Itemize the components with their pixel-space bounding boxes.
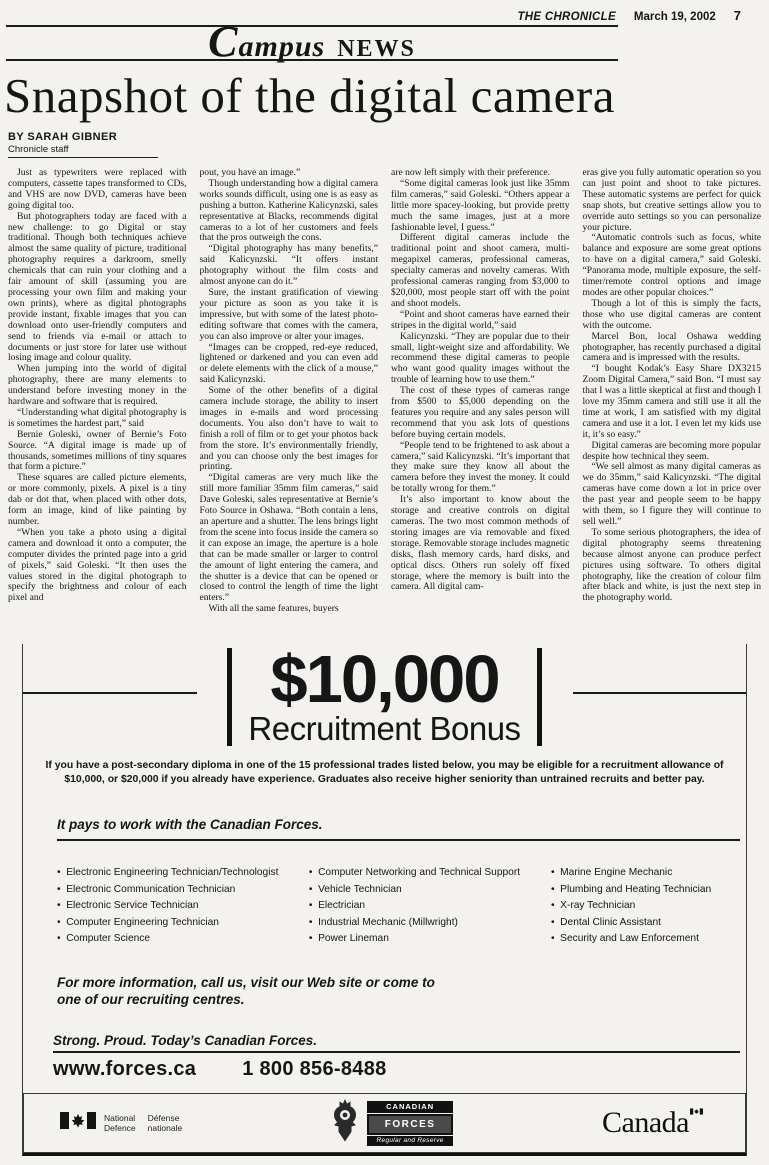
trades-column-2: Computer Networking and Technical Suppor… (309, 865, 543, 948)
recruitment-ad: $10,000 Recruitment Bonus If you have a … (22, 644, 747, 1156)
ad-phone: 1 800 856-8488 (242, 1058, 386, 1081)
article-paragraph: But photographers today are faced with a… (8, 212, 187, 365)
article-paragraph: Some of the other benefits of a digital … (200, 386, 379, 473)
trades-column-1: Electronic Engineering Technician/Techno… (57, 865, 301, 948)
trade-item: Plumbing and Heating Technician (551, 882, 746, 899)
canadian-forces-signature: CANADIAN FORCES Regular and Reserve (331, 1099, 453, 1148)
fip-text: National Défense Defence nationale (104, 1114, 182, 1133)
article-paragraph: Though understanding how a digital camer… (200, 179, 379, 244)
article-paragraph: Digital cameras are becoming more popula… (583, 441, 762, 463)
trade-item: Electronic Engineering Technician/Techno… (57, 865, 301, 882)
trade-item: Electronic Communication Technician (57, 882, 301, 899)
forces-badge-bottom: Regular and Reserve (367, 1136, 453, 1146)
ad-headline-block: $10,000 Recruitment Bonus (23, 644, 746, 746)
trade-item: Electronic Service Technician (57, 898, 301, 915)
trade-item: Vehicle Technician (309, 882, 543, 899)
article-paragraph: “People tend to be frightened to ask abo… (391, 441, 570, 496)
ad-rule-left (23, 692, 197, 694)
section-banner: Campus NEWS (6, 25, 618, 61)
masthead-title: THE CHRONICLE (517, 11, 615, 23)
forces-crest-icon (331, 1099, 359, 1148)
ad-bottom-rule (23, 1153, 746, 1156)
article-paragraph: “Point and shoot cameras have earned the… (391, 310, 570, 332)
ad-slogan: Strong. Proud. Today’s Canadian Forces. (53, 1033, 740, 1053)
ad-info-text: For more information, call us, visit our… (57, 974, 457, 1008)
article-paragraph: Just as typewriters were replaced with c… (8, 168, 187, 212)
article-paragraph: Kalicynzski. “They are popular due to th… (391, 332, 570, 387)
trades-column-3: Marine Engine MechanicPlumbing and Heati… (551, 865, 746, 948)
trade-item: Dental Clinic Assistant (551, 915, 746, 932)
ad-headline-text: $10,000 Recruitment Bonus (248, 648, 520, 746)
canada-wordmark-flag-icon (690, 1108, 703, 1115)
byline-role: Chronicle staff (8, 143, 158, 158)
trade-item: Electrician (309, 898, 543, 915)
article-paragraph: To some serious photographers, the idea … (583, 528, 762, 604)
fip-fr1: Défense (148, 1114, 183, 1123)
ad-bonus-amount: $10,000 (248, 648, 520, 712)
article-paragraph: “Digital photography has many benefits,”… (200, 244, 379, 288)
section-subtitle: NEWS (337, 36, 416, 62)
article-paragraph: It’s also important to know about the st… (391, 495, 570, 593)
trades-list: Electronic Engineering Technician/Techno… (57, 865, 746, 948)
ad-rule-right (573, 692, 747, 694)
article-paragraph: Though a lot of this is simply the facts… (583, 299, 762, 332)
article-column-2: pout, you have an image.”Though understa… (200, 168, 379, 640)
byline: BY SARAH GIBNER (8, 131, 769, 143)
article-column-4: eras give you fully automatic operation … (583, 168, 762, 640)
ad-tagline: It pays to work with the Canadian Forces… (57, 817, 740, 841)
ad-intro-text: If you have a post-secondary diploma in … (39, 759, 731, 787)
article-paragraph: “Digital cameras are very much like the … (200, 473, 379, 604)
article-paragraph: “Some digital cameras look just like 35m… (391, 179, 570, 234)
article-paragraph: These squares are called picture element… (8, 473, 187, 528)
issue-date: March 19, 2002 (634, 11, 716, 23)
masthead-row: THE CHRONICLE March 19, 2002 7 (0, 0, 769, 25)
trade-item: Industrial Mechanic (Millwright) (309, 915, 543, 932)
article-paragraph: “When you take a photo using a digital c… (8, 528, 187, 604)
fip-en2: Defence (104, 1124, 136, 1133)
forces-badge: CANADIAN FORCES Regular and Reserve (367, 1101, 453, 1146)
article-paragraph: With all the same features, buyers (200, 604, 379, 615)
fip-en1: National (104, 1114, 136, 1123)
trade-item: Computer Engineering Technician (57, 915, 301, 932)
article-paragraph: “Understanding what digital photography … (8, 408, 187, 430)
article-paragraph: “I bought Kodak’s Easy Share DX3215 Zoom… (583, 364, 762, 440)
trade-item: Power Lineman (309, 931, 543, 948)
canada-wordmark-text: Canada (602, 1106, 689, 1139)
ad-right-bar (537, 648, 542, 746)
page-number: 7 (734, 8, 741, 23)
ad-left-bar (227, 648, 232, 746)
trade-item: X-ray Technician (551, 898, 746, 915)
article-paragraph: Sure, the instant gratification of viewi… (200, 288, 379, 343)
fip-fr2: nationale (148, 1124, 183, 1133)
section-title: Campus (208, 30, 325, 63)
newspaper-page: THE CHRONICLE March 19, 2002 7 Campus NE… (0, 0, 769, 1165)
article-paragraph: Bernie Goleski, owner of Bernie’s Foto S… (8, 430, 187, 474)
article-paragraph: “Automatic controls such as focus, white… (583, 233, 762, 298)
forces-badge-middle: FORCES (367, 1114, 453, 1135)
canada-wordmark: Canada (602, 1106, 703, 1140)
article-paragraph: “Images can be cropped, red-eye reduced,… (200, 343, 379, 387)
section-title-initial: C (208, 17, 238, 66)
article-paragraph: Different digital cameras include the tr… (391, 233, 570, 309)
ad-contact-row: www.forces.ca 1 800 856-8488 (53, 1058, 746, 1081)
article-paragraph: “We sell almost as many digital cameras … (583, 462, 762, 527)
national-defence-signature: National Défense Defence nationale (60, 1112, 182, 1134)
ad-website: www.forces.ca (53, 1058, 196, 1081)
article-paragraph: Marcel Bon, local Oshawa wedding photogr… (583, 332, 762, 365)
forces-badge-top: CANADIAN (367, 1101, 453, 1113)
article-paragraph: eras give you fully automatic operation … (583, 168, 762, 233)
article-body: Just as typewriters were replaced with c… (0, 158, 769, 640)
ad-bonus-label: Recruitment Bonus (248, 712, 520, 747)
article-paragraph: The cost of these types of cameras range… (391, 386, 570, 441)
section-title-rest: ampus (238, 30, 325, 63)
canada-flag-icon (60, 1112, 96, 1134)
article-headline: Snapshot of the digital camera (0, 61, 769, 122)
article-paragraph: When jumping into the world of digital p… (8, 364, 187, 408)
ad-logo-strip: National Défense Defence nationale CANAD… (23, 1093, 746, 1153)
trade-item: Security and Law Enforcement (551, 931, 746, 948)
trade-item: Computer Networking and Technical Suppor… (309, 865, 543, 882)
article-column-1: Just as typewriters were replaced with c… (8, 168, 187, 640)
byline-block: BY SARAH GIBNER Chronicle staff (0, 122, 769, 158)
trade-item: Marine Engine Mechanic (551, 865, 746, 882)
article-column-3: are now left simply with their preferenc… (391, 168, 570, 640)
trade-item: Computer Science (57, 931, 301, 948)
